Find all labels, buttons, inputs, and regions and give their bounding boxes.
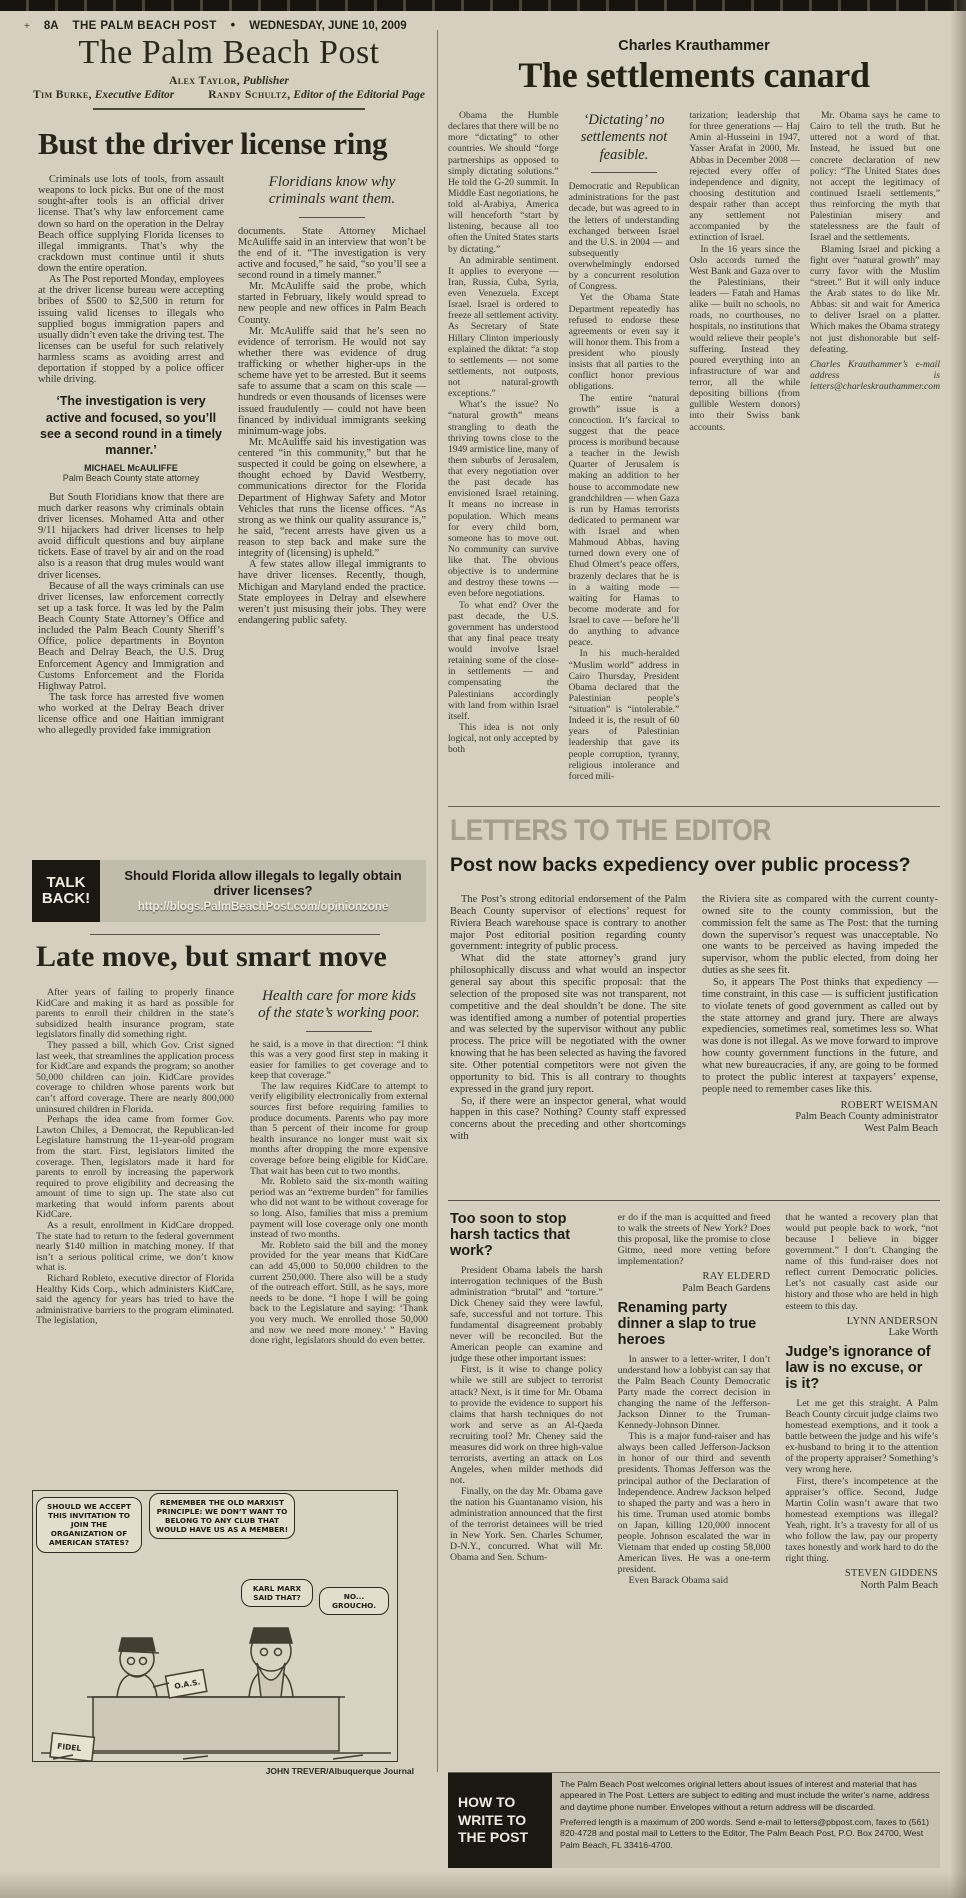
masthead-rule [93,108,365,110]
editorial2-column-2: Health care for more kids of the state’s… [250,988,428,1484]
paragraph: This idea is not only logical, not only … [448,722,559,755]
editorial2-headline: Late move, but smart move [36,940,387,974]
speech-bubble-3: KARL MARX SAID THAT? [241,1579,313,1607]
paragraph: Richard Robleto, executive director of F… [36,1274,234,1327]
paragraph: This is a major fund-raiser and has alwa… [618,1431,771,1575]
letter1-column-1: The Post’s strong editorial endorsement … [450,894,686,1192]
cartoon-credit: JOHN TREVER/Albuquerque Journal [266,1766,414,1776]
paragraph: But South Floridians know that there are… [38,492,224,581]
editorial1-column-1: Criminals use lots of tools, from assaul… [38,174,224,856]
paragraph: So, if there were an inspector general, … [450,1096,686,1143]
editorial1-headline: Bust the driver license ring [38,126,387,162]
talk-back-content: Should Florida allow illegals to legally… [100,860,426,922]
letter1-headline: Post now backs expediency over public pr… [450,854,911,877]
letters-columns: Too soon to stop harsh tactics that work… [450,1212,938,1764]
publisher-name: Alex Taylor, [169,75,240,87]
paragraph: The law requires KidCare to attempt to v… [250,1082,428,1177]
letter3-headline: Renaming party dinner a slap to true her… [618,1301,771,1349]
letter3-signature: LYNN ANDERSON Lake Worth [785,1316,938,1340]
paragraph: Yet the Obama State Department repeatedl… [569,292,680,392]
paragraph: The entire “natural growth” issue is a c… [569,393,680,649]
paragraph: First, is it wise to change policy while… [450,1364,603,1486]
signature-city: Palm Beach Gardens [618,1283,771,1295]
signature-name: STEVEN GIDDENS [785,1568,938,1580]
paragraph: In answer to a letter-writer, I don’t un… [618,1354,771,1431]
paragraph: Let me get this straight. A Palm Beach C… [785,1398,938,1475]
exec-editor-role: Executive Editor [95,89,175,101]
speech-bubble-4: NO... GROUCHO. [319,1587,389,1615]
speech-bubble-1: SHOULD WE ACCEPT THIS INVITATION TO JOIN… [36,1497,142,1553]
pull-quote-text: ‘The investigation is very active and fo… [40,393,222,458]
write-instructions-p2: Preferred length is a maximum of 200 wor… [560,1817,932,1851]
write-label-line3: THE POST [458,1829,552,1847]
signature-city: North Palm Beach [785,1580,938,1592]
horizontal-rule [448,806,940,807]
paragraph: Criminals use lots of tools, from assaul… [38,174,224,274]
deck-rule [299,217,365,218]
deck-rule [306,1031,372,1032]
signature-city: Lake Worth [785,1327,938,1339]
paragraph: As a result, enrollment in KidCare dropp… [36,1221,234,1274]
write-label-line1: HOW TO [458,1794,552,1812]
paragraph: Perhaps the idea came from former Gov. L… [36,1115,234,1221]
kraut-column-3: tarization; leadership that for three ge… [689,110,800,802]
editorial-editor-name: Randy Schultz, [208,89,290,101]
publisher-role: Publisher [243,75,289,87]
paragraph: As The Post reported Monday, employees a… [38,274,224,385]
paragraph: In his much-heralded “Muslim world” addr… [569,648,680,782]
column-and-letters-section: Charles Krauthammer The settlements cana… [448,14,940,1894]
paragraph: First, there’s incompetence at the appra… [785,1476,938,1565]
paragraph: Democratic and Republican administration… [569,181,680,292]
talk-back-strip: TALK BACK! Should Florida allow illegals… [32,860,426,922]
paragraph: Finally, on the day Mr. Obama gave the n… [450,1486,603,1563]
paragraph: Mr. Robleto said the bill and the money … [250,1241,428,1347]
paragraph: President Obama labels the harsh interro… [450,1265,603,1365]
paragraph: Blaming Israel and picking a fight over … [810,244,940,355]
editorial-section: The Palm Beach Post Alex Taylor, Publish… [30,14,428,1894]
talk-back-question: Should Florida allow illegals to legally… [108,869,418,898]
kraut-column-4: Mr. Obama says he came to Cairo to tell … [810,110,940,802]
pull-quote-role: Palm Beach County state attorney [40,474,222,484]
paragraph: Obama the Humble declares that there wil… [448,110,559,255]
editorial1-column-2: Floridians know why criminals want them.… [238,174,426,856]
masthead-title: The Palm Beach Post [30,34,428,72]
masthead: The Palm Beach Post Alex Taylor, Publish… [30,34,428,110]
editorial1-deck: Floridians know why criminals want them. [238,174,426,209]
letters-column-b: er do if the man is acquitted and freed … [618,1212,771,1764]
talk-back-label: TALK BACK! [32,860,100,922]
letter1-column-2: the Riviera site as compared with the cu… [702,894,938,1192]
letter1-signature: ROBERT WEISMAN Palm Beach County adminis… [702,1100,938,1136]
letters-column-c: that he wanted a recovery plan that woul… [785,1212,938,1764]
paragraph: Mr. Robleto said the six-month waiting p… [250,1177,428,1241]
editorial-page-editor: Randy Schultz, Editor of the Editorial P… [208,89,425,101]
signature-name: ROBERT WEISMAN [702,1100,938,1112]
letter1-body: The Post’s strong editorial endorsement … [450,894,938,1192]
talk-back-line2: BACK! [42,891,90,908]
publisher-line: Alex Taylor, Publisher [30,75,428,87]
editorial-cartoon: O.A.S. FIDEL SHOULD WE ACCEPT THIS INVIT… [32,1490,398,1762]
signature-role: Palm Beach County administrator [702,1111,938,1123]
horizontal-rule [448,1200,940,1201]
write-label-line2: WRITE TO [458,1812,552,1830]
how-to-write-instructions: The Palm Beach Post welcomes original le… [552,1773,940,1868]
speech-bubble-2: REMEMBER THE OLD MARXIST PRINCIPLE: WE D… [149,1493,295,1539]
signature-name: LYNN ANDERSON [785,1316,938,1328]
letters-column-a: Too soon to stop harsh tactics that work… [450,1212,603,1764]
letters-section-banner: LETTERS TO THE EDITOR [450,814,771,847]
horizontal-rule [90,934,380,935]
scan-right-edge [950,0,966,1898]
paragraph: They passed a bill, which Gov. Crist sig… [36,1041,234,1115]
paragraph: tarization; leadership that for three ge… [689,110,800,244]
paragraph: What’s the issue? No “natural growth” me… [448,399,559,599]
exec-editor: Tim Burke, Executive Editor [33,89,174,101]
pull-quote: ‘The investigation is very active and fo… [40,393,222,483]
paragraph: After years of failing to properly finan… [36,988,234,1041]
letter4-headline: Judge’s ignorance of law is no excuse, o… [785,1345,938,1393]
editorial-editor-role: Editor of the Editorial Page [293,89,425,101]
how-to-write-box: HOW TO WRITE TO THE POST The Palm Beach … [448,1772,940,1868]
editorial2-body: After years of failing to properly finan… [36,988,428,1484]
paragraph: The task force has arrested five women w… [38,692,224,737]
editors-line: Tim Burke, Executive Editor Randy Schult… [30,89,428,101]
scan-bottom-edge [0,1872,966,1898]
editorial1-body: Criminals use lots of tools, from assaul… [38,174,426,856]
paragraph: the Riviera site as compared with the cu… [702,894,938,977]
paragraph: So, it appears The Post thinks that expe… [702,977,938,1096]
paragraph: he said, is a move in that direction: “I… [250,1040,428,1082]
write-instructions-p1: The Palm Beach Post welcomes original le… [560,1779,932,1813]
paragraph: Mr. McAuliffe said his investigation was… [238,437,426,559]
paragraph: A few states allow illegal immigrants to… [238,559,426,626]
letter2-signature: RAY ELDERD Palm Beach Gardens [618,1271,771,1295]
kraut-column-1: Obama the Humble declares that there wil… [448,110,559,802]
paragraph: Even Barack Obama said [618,1575,771,1586]
paragraph: er do if the man is acquitted and freed … [618,1212,771,1267]
column-headline: The settlements canard [448,54,940,96]
paragraph: Mr. McAuliffe said that he’s seen no evi… [238,326,426,437]
paragraph: To what end? Over the past decade, the U… [448,600,559,722]
how-to-write-label: HOW TO WRITE TO THE POST [448,1773,552,1868]
letter2-headline: Too soon to stop harsh tactics that work… [450,1212,603,1260]
editorial2-column-1: After years of failing to properly finan… [36,988,234,1484]
editorial2-deck: Health care for more kids of the state’s… [250,988,428,1023]
section-divider [437,30,438,1772]
paragraph: An admirable sentiment. It applies to ev… [448,255,559,400]
columnist-byline: Charles Krauthammer [448,38,940,54]
signature-name: RAY ELDERD [618,1271,771,1283]
paragraph: Mr. McAuliffe said the probe, which star… [238,281,426,326]
paragraph: The Post’s strong editorial endorsement … [450,894,686,953]
talk-back-line1: TALK [47,875,86,892]
columnist-email-signature: Charles Krauthammer’s e-mail address is … [810,359,940,392]
paragraph: In the 16 years since the Oslo accords t… [689,244,800,433]
deck-rule [591,172,657,173]
kraut-column-2: ‘Dictating’ no settlements not feasible.… [569,110,680,802]
column-body: Obama the Humble declares that there wil… [448,110,940,802]
exec-editor-name: Tim Burke, [33,89,92,101]
scan-top-edge [0,0,966,11]
paragraph: documents. State Attorney Michael McAuli… [238,226,426,282]
letter4-signature: STEVEN GIDDENS North Palm Beach [785,1568,938,1592]
talk-back-url-link[interactable]: http://blogs.PalmBeachPost.com/opinionzo… [138,901,388,913]
paragraph: Mr. Obama says he came to Cairo to tell … [810,110,940,244]
signature-city: West Palm Beach [702,1123,938,1135]
registration-mark: + [24,21,30,32]
paragraph: What did the state attorney’s grand jury… [450,953,686,1095]
paragraph: Because of all the ways criminals can us… [38,581,224,692]
paragraph: that he wanted a recovery plan that woul… [785,1212,938,1312]
column-deck: ‘Dictating’ no settlements not feasible. [569,110,680,164]
